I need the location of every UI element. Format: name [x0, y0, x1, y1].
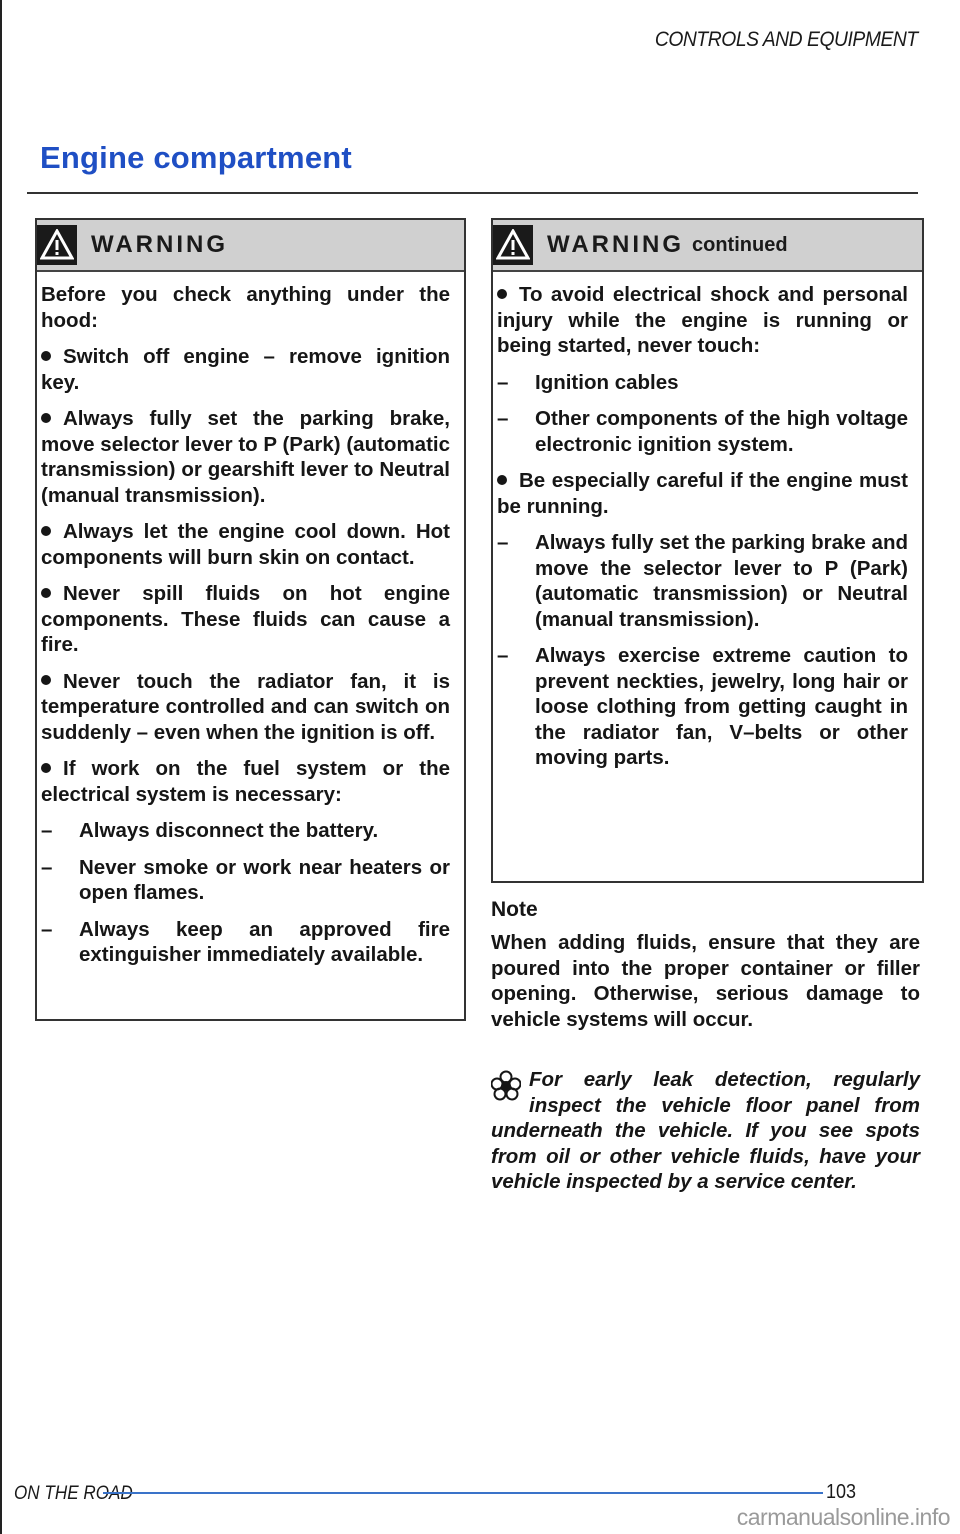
bullet-item: Be especially careful if the engine must…	[497, 468, 908, 519]
bullet-item: Never spill fluids on hot engine compone…	[41, 581, 450, 658]
bullet-icon	[497, 475, 507, 485]
dash-item: –Other components of the high voltage el…	[497, 406, 908, 457]
page-edge	[0, 0, 2, 1534]
bullet-icon	[41, 413, 51, 423]
note-label: Note	[491, 898, 920, 922]
warning-box-right: WARNING continued To avoid electrical sh…	[491, 218, 924, 883]
warning-box-left: WARNING Before you check anything under …	[35, 218, 466, 1021]
section-title: Engine compartment	[40, 140, 352, 176]
running-head: CONTROLS AND EQUIPMENT	[655, 28, 918, 52]
dash-item: –Never smoke or work near heaters or ope…	[41, 855, 450, 906]
page-number: 103	[826, 1481, 856, 1504]
environment-tip: For early leak detection, regularly insp…	[491, 1067, 920, 1195]
warning-continued: continued	[692, 234, 788, 257]
footer-rule	[103, 1492, 823, 1494]
warning-title: WARNING	[547, 231, 684, 259]
bullet-item: If work on the fuel system or the electr…	[41, 756, 450, 807]
bullet-icon	[41, 675, 51, 685]
warning-intro: Before you check anything under the hood…	[41, 282, 450, 333]
warning-triangle-icon	[493, 225, 533, 265]
bullet-icon	[41, 526, 51, 536]
dash-item: –Always disconnect the battery.	[41, 818, 450, 844]
note-text: When adding fluids, ensure that they are…	[491, 930, 920, 1032]
dash-item: –Always fully set the parking brake and …	[497, 530, 908, 632]
bullet-icon	[41, 351, 51, 361]
bullet-item: To avoid electrical shock and personal i…	[497, 282, 908, 359]
dash-item: –Always exercise extreme caution to prev…	[497, 643, 908, 771]
footer-section: ON THE ROAD	[14, 1483, 133, 1505]
bullet-item: Never touch the radiator fan, it is temp…	[41, 669, 450, 746]
dash-item: –Always keep an approved fire extinguish…	[41, 917, 450, 968]
bullet-icon	[41, 588, 51, 598]
bullet-icon	[41, 763, 51, 773]
dash-item: –Ignition cables	[497, 370, 908, 396]
warning-title: WARNING	[91, 231, 228, 259]
tip-text: For early leak detection, regularly insp…	[491, 1068, 920, 1193]
bullet-item: Switch off engine – remove ignition key.	[41, 344, 450, 395]
title-rule	[27, 192, 918, 194]
warning-triangle-icon	[37, 225, 77, 265]
watermark: carmanualsonline.info	[737, 1504, 950, 1531]
bullet-item: Always let the engine cool down. Hot com…	[41, 519, 450, 570]
warning-header: WARNING	[37, 220, 464, 272]
warning-header: WARNING continued	[493, 220, 922, 272]
note-section: Note When adding fluids, ensure that the…	[491, 898, 920, 1032]
environment-flower-icon	[491, 1069, 521, 1109]
bullet-icon	[497, 289, 507, 299]
bullet-item: Always fully set the parking brake, move…	[41, 406, 450, 508]
